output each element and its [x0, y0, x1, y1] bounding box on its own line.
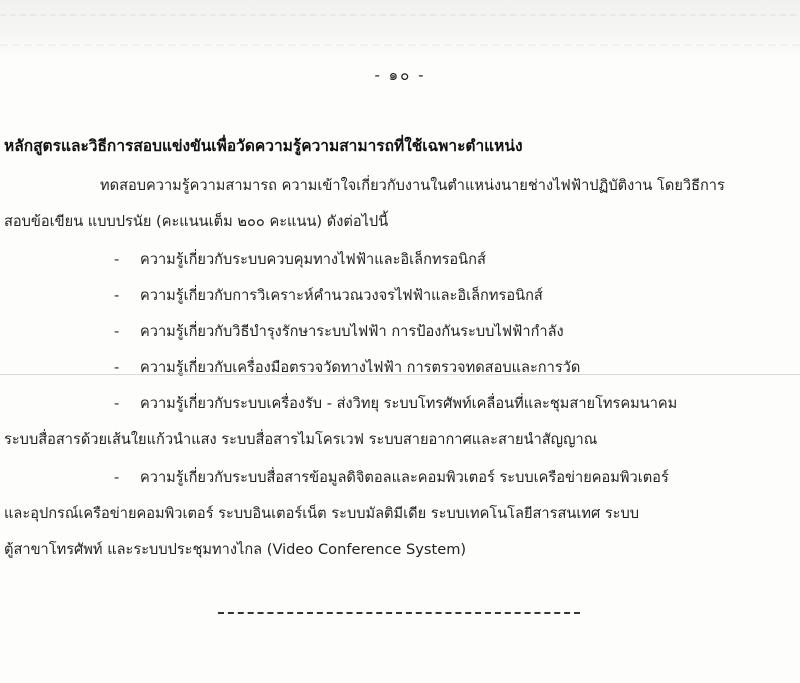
list-item-line: -ความรู้เกี่ยวกับระบบสื่อสารข้อมูลดิจิตอ…	[4, 460, 800, 496]
page-number: - ๑๐ -	[0, 63, 800, 87]
list-item-line: และอุปกรณ์เครือข่ายคอมพิวเตอร์ ระบบอินเต…	[4, 496, 800, 532]
list-item-line: ระบบสื่อสารด้วยเส้นใยแก้วนำแสง ระบบสื่อส…	[4, 422, 800, 458]
scan-artifact-band	[0, 0, 800, 58]
bullet-dash: -	[114, 386, 140, 422]
end-divider-dashed	[218, 612, 580, 614]
intro-line-2: สอบข้อเขียน แบบปรนัย (คะแนนเต็ม ๒๐๐ คะแน…	[4, 204, 796, 240]
list-item-long: -ความรู้เกี่ยวกับระบบสื่อสารข้อมูลดิจิตอ…	[4, 460, 800, 568]
bullet-dash: -	[114, 242, 140, 278]
list-item-text: ความรู้เกี่ยวกับระบบสื่อสารข้อมูลดิจิตอล…	[140, 469, 669, 486]
list-item-text: ความรู้เกี่ยวกับวิธีบำรุงรักษาระบบไฟฟ้า …	[140, 323, 564, 340]
list-item: -ความรู้เกี่ยวกับวิธีบำรุงรักษาระบบไฟฟ้า…	[114, 314, 564, 350]
section-heading: หลักสูตรและวิธีการสอบแข่งขันเพื่อวัดความ…	[4, 133, 523, 158]
list-item-text: ความรู้เกี่ยวกับระบบควบคุมทางไฟฟ้าและอิเ…	[140, 251, 486, 268]
intro-paragraph: ทดสอบความรู้ความสามารถ ความเข้าใจเกี่ยวก…	[4, 168, 796, 240]
list-item: -ความรู้เกี่ยวกับการวิเคราะห์คำนวณวงจรไฟ…	[114, 278, 543, 314]
list-item: -ความรู้เกี่ยวกับระบบควบคุมทางไฟฟ้าและอิ…	[114, 242, 486, 278]
list-item-line: -ความรู้เกี่ยวกับระบบเครื่องรับ - ส่งวิท…	[4, 386, 800, 422]
bullet-dash: -	[114, 350, 140, 386]
list-item-long: -ความรู้เกี่ยวกับระบบเครื่องรับ - ส่งวิท…	[4, 386, 800, 458]
intro-line-1: ทดสอบความรู้ความสามารถ ความเข้าใจเกี่ยวก…	[4, 168, 796, 204]
scan-fold-line	[0, 374, 800, 375]
list-item-text: ความรู้เกี่ยวกับการวิเคราะห์คำนวณวงจรไฟฟ…	[140, 287, 543, 304]
bullet-dash: -	[114, 278, 140, 314]
list-item: -ความรู้เกี่ยวกับเครื่องมือตรวจวัดทางไฟฟ…	[114, 350, 580, 386]
list-item-line: ตู้สาขาโทรศัพท์ และระบบประชุมทางไกล (Vid…	[4, 532, 800, 568]
list-item-text: ความรู้เกี่ยวกับระบบเครื่องรับ - ส่งวิทย…	[140, 395, 677, 412]
bullet-dash: -	[114, 314, 140, 350]
bullet-dash: -	[114, 460, 140, 496]
